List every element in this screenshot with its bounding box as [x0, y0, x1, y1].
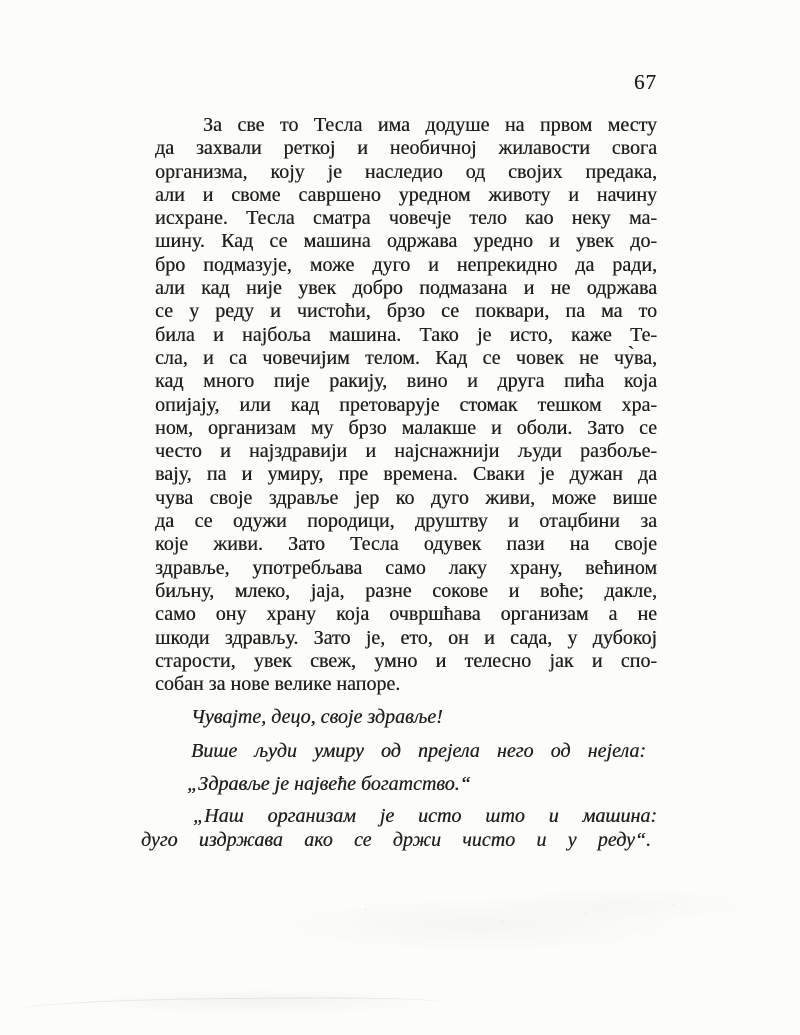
paragraph-line: али кад није увек добро подмазана и не о…: [155, 277, 657, 300]
paragraph-line: бро подмазује, може дуго и непрекидно да…: [155, 254, 657, 277]
body-text: За све то Тесла има додуше на првом мест…: [141, 114, 657, 852]
paragraph-line: које живи. Зато Тесла одувек пази на сво…: [155, 533, 657, 556]
page-number: 67: [634, 70, 657, 95]
scan-artifact: [20, 996, 440, 1010]
paragraph-line: кад много пије ракију, вино и друга пића…: [155, 370, 657, 393]
proverb-line: Више људи умиру од прејела него од нејел…: [191, 740, 646, 763]
paragraph-line: биљну, млеко, јаја, разне сокове и воће;…: [155, 580, 657, 603]
paragraph-line: вају, па и умиру, пре времена. Сваки је …: [155, 463, 657, 486]
paragraph-line: само ону храну која очвршћава организам …: [155, 603, 657, 626]
proverb-line: Чувајте, децо, своје здравље!: [191, 706, 657, 729]
paragraph-line: сла, и са човечијим телом. Кад се човек …: [155, 347, 657, 370]
paragraph-line: здравље, употребљава само лаку храну, ве…: [155, 557, 657, 580]
paragraph-line: ном, организам му брзо малакше и оболи. …: [155, 417, 657, 440]
paragraph-line: старости, увек свеж, умно и телесно јак …: [155, 650, 657, 673]
proverb-line: „Наш организам је исто што и машина:: [193, 805, 657, 828]
paragraph-line: да се одужи породици, друштву и отаџбини…: [155, 510, 657, 533]
paragraph-line: собан за нове велике напоре.: [155, 673, 657, 696]
scanned-book-page: 67 За све то Тесла има додуше на првом м…: [0, 0, 800, 1035]
paragraph-line: опијају, или кад претоварује стомак тешк…: [155, 394, 657, 417]
paragraph-line: исхране. Тесла сматра човечје тело као н…: [155, 207, 657, 230]
paragraph-line: организма, коју је наследио од својих пр…: [155, 161, 657, 184]
paragraph-line: чува своје здравље јер ко дуго живи, мож…: [155, 487, 657, 510]
scan-artifact: [320, 885, 700, 965]
paragraph-line: се у реду и чистоћи, брзо се поквари, па…: [155, 300, 657, 323]
paragraph-line: али и своме савршено уредном животу и на…: [155, 184, 657, 207]
paragraph-line: За све то Тесла има додуше на првом мест…: [155, 114, 657, 137]
proverb-line: дуго издржава ако се држи чисто и у реду…: [141, 829, 651, 852]
proverb-line: „Здравље је највеће богатство.“: [187, 773, 657, 796]
paragraph-line: често и најздравији и најснажнији људи р…: [155, 440, 657, 463]
paragraph-line: да захвали реткој и необичној жилавости …: [155, 137, 657, 160]
paragraph-line: шкоди здрављу. Зато је, ето, он и сада, …: [155, 627, 657, 650]
paragraph-line: шину. Кад се машина одржава уредно и уве…: [155, 230, 657, 253]
paragraph-line: била и најбоља машина. Тако је исто, каж…: [155, 324, 657, 347]
